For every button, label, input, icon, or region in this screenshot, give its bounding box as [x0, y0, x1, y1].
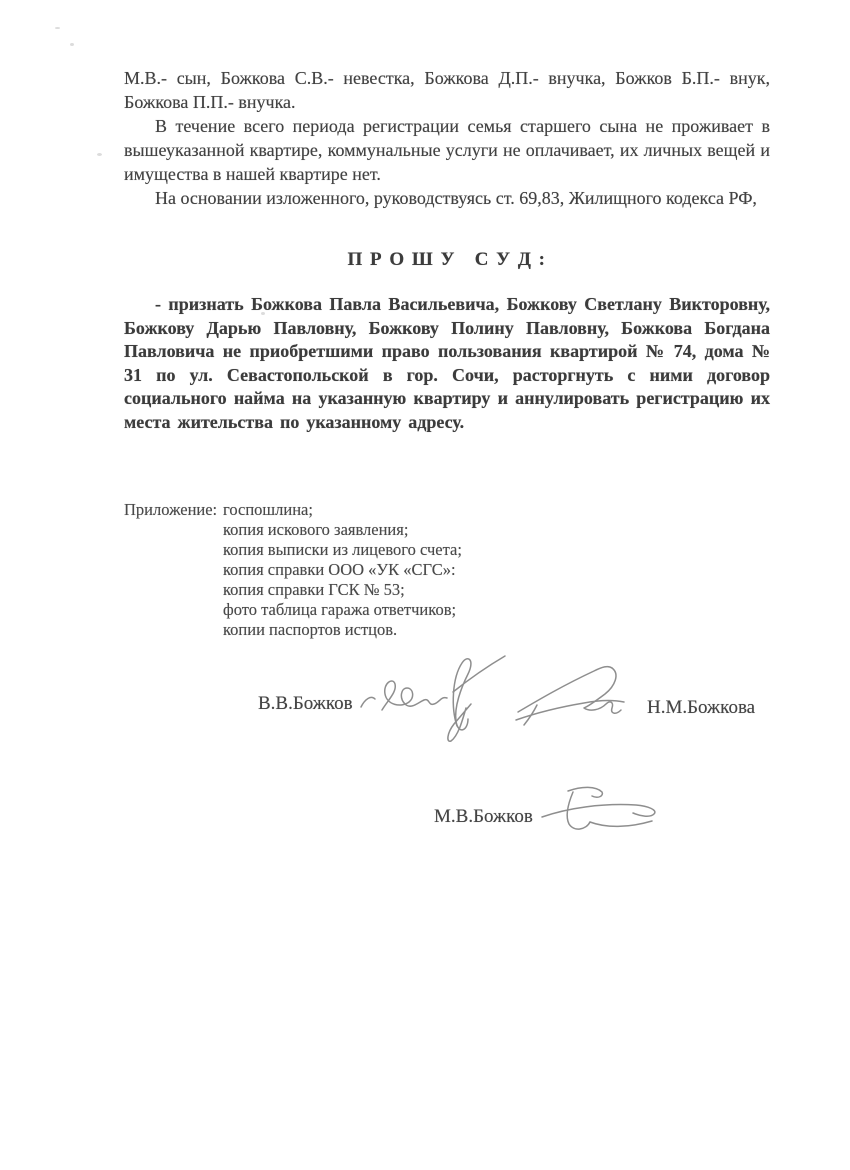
- attachment-item: копия справки ООО «УК «СГС»:: [223, 560, 462, 580]
- attachment-item: копия справки ГСК № 53;: [223, 580, 462, 600]
- signature-nm-bozhkova: [514, 658, 634, 728]
- signature-vv-bozhkov: [356, 650, 508, 746]
- petition-paragraph: - признать Божкова Павла Васильевича, Бо…: [124, 293, 770, 434]
- heading-proshu-sud: П Р О Ш У С У Д :: [124, 249, 770, 271]
- scan-speck: [97, 153, 102, 156]
- attachment-item: фото таблица гаража ответчиков;: [223, 600, 462, 620]
- document-page: М.В.- сын, Божкова С.В.- невестка, Божко…: [0, 0, 850, 1170]
- body-text-block: М.В.- сын, Божкова С.В.- невестка, Божко…: [124, 66, 770, 210]
- signatory-name-vv-bozhkov: В.В.Божков: [258, 693, 353, 715]
- signatory-name-nm-bozhkova: Н.М.Божкова: [647, 697, 755, 719]
- attachment-item: копии паспортов истцов.: [223, 620, 462, 640]
- attachments-list: госпошлина; копия искового заявления; ко…: [223, 500, 462, 640]
- scan-speck: [55, 27, 60, 29]
- attachments-section: Приложение: госпошлина; копия искового з…: [124, 500, 684, 640]
- paragraph-residence: В течение всего периода регистрации семь…: [124, 114, 770, 186]
- signatory-name-mv-bozhkov: М.В.Божков: [434, 806, 533, 828]
- attachment-item: госпошлина;: [223, 500, 462, 520]
- signature-mv-bozhkov: [538, 782, 668, 838]
- attachment-item: копия искового заявления;: [223, 520, 462, 540]
- paragraph-continuation: М.В.- сын, Божкова С.В.- невестка, Божко…: [124, 66, 770, 114]
- paragraph-legal-basis: На основании изложенного, руководствуясь…: [124, 186, 770, 210]
- attachments-label: Приложение:: [124, 500, 223, 640]
- scan-speck: [70, 43, 74, 46]
- attachment-item: копия выписки из лицевого счета;: [223, 540, 462, 560]
